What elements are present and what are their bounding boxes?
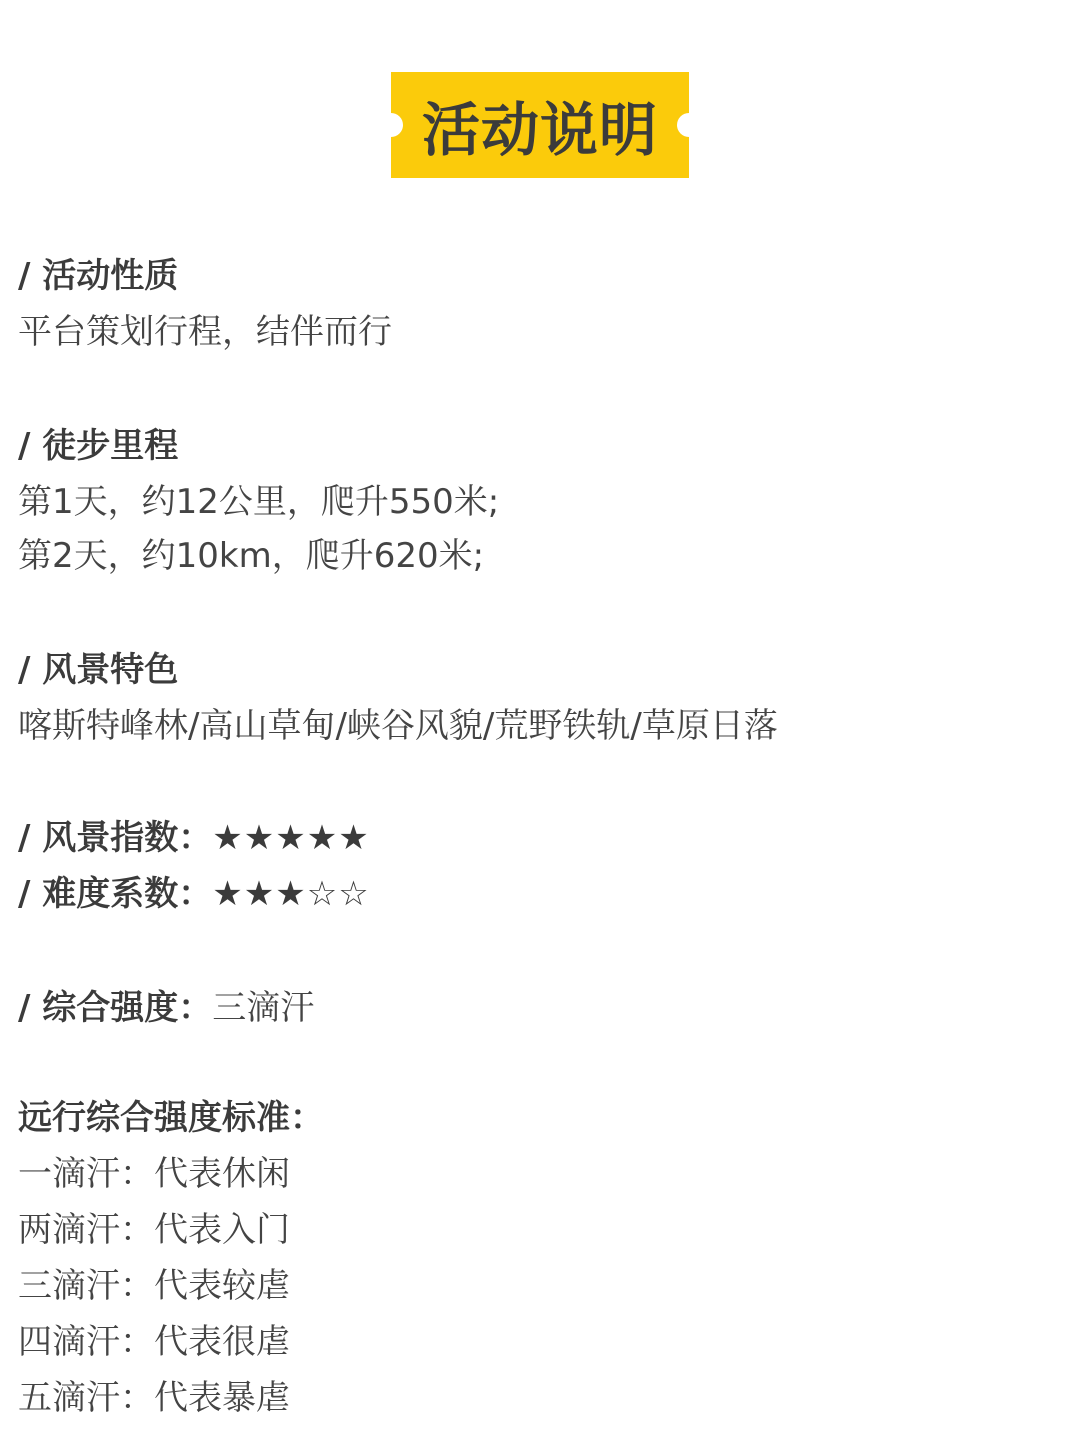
scenery-text: 喀斯特峰林/高山草甸/峡谷风貌/荒野铁轨/草原日落 xyxy=(18,706,778,746)
section-heading-nature: / 活动性质 xyxy=(18,256,178,296)
standard-heading: 远行综合强度标准： xyxy=(18,1098,324,1138)
scenery-index-row: / 风景指数：★★★★★ xyxy=(18,818,370,858)
difficulty-label: / 难度系数： xyxy=(18,874,212,914)
standard-item: 两滴汗：代表入门 xyxy=(18,1210,290,1250)
star-rating-icon: ★★★☆☆ xyxy=(212,874,369,914)
difficulty-row: / 难度系数：★★★☆☆ xyxy=(18,874,370,914)
title-banner: 活动说明 xyxy=(391,72,689,178)
intensity-row: / 综合强度：三滴汗 xyxy=(18,988,314,1028)
page-title: 活动说明 xyxy=(422,83,658,167)
nature-text: 平台策划行程，结伴而行 xyxy=(18,312,392,352)
hiking-day1: 第1天，约12公里，爬升550米; xyxy=(18,482,499,522)
section-heading-scenery: / 风景特色 xyxy=(18,650,178,690)
standard-item: 五滴汗：代表暴虐 xyxy=(18,1378,290,1418)
hiking-day2: 第2天，约10km，爬升620米; xyxy=(18,536,484,576)
star-rating-icon: ★★★★★ xyxy=(212,818,369,858)
standard-item: 一滴汗：代表休闲 xyxy=(18,1154,290,1194)
standard-item: 三滴汗：代表较虐 xyxy=(18,1266,290,1306)
intensity-value: 三滴汗 xyxy=(212,988,314,1028)
standard-item: 四滴汗：代表很虐 xyxy=(18,1322,290,1362)
section-heading-hiking: / 徒步里程 xyxy=(18,426,178,466)
intensity-label: / 综合强度： xyxy=(18,988,212,1028)
scenery-index-label: / 风景指数： xyxy=(18,818,212,858)
